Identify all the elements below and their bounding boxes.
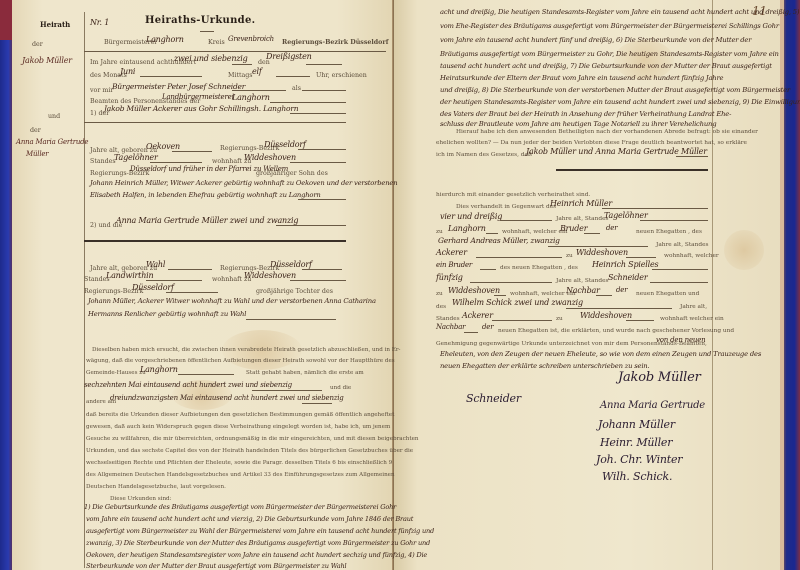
intro-year-value: zwei und siebenzig [174, 54, 248, 63]
witness2-stand: Ackerer [436, 248, 467, 257]
fill-line [146, 280, 202, 281]
margin-heading: Heirath [40, 20, 70, 29]
witness1-wohnhaft-label: wohnhaft, welcher ein [502, 230, 568, 236]
fill-line [464, 332, 478, 333]
witness2-name: Gerhard Andreas Müller, zwanzig [438, 236, 560, 245]
margin-bride-name: Anna Maria Gertrude [16, 138, 88, 146]
witness4-wohnhaft: wohnhaft welcher ein [660, 317, 724, 323]
fill-line [232, 90, 286, 91]
continuation-line: Heiratsurkunde der Eltern der Braut vom … [440, 74, 723, 82]
witness1-der: der [606, 224, 617, 232]
witness3-der: der [616, 286, 627, 294]
fill-line [232, 64, 252, 65]
witness4-stand-label: Standes [436, 317, 460, 323]
title-underline [200, 31, 214, 32]
fill-line [470, 282, 552, 283]
groom-bezirk-value: Düsseldorf [264, 140, 306, 149]
body-line: Statt gehabt haben, nämlich die erste am [246, 371, 364, 377]
intro-land-value: Landbürgermeisterei [162, 93, 234, 101]
body-line: Urkunden, und das sechste Capitel des vo… [86, 449, 413, 455]
intro-time-value: elf [252, 67, 262, 76]
fill-line [584, 233, 600, 234]
body-line: daß bereits die Urkunden dieser Aufbietu… [86, 413, 394, 419]
witness1-stand: Tagelöhner [604, 211, 648, 220]
fill-line [140, 76, 202, 77]
urkunden-label: Diese Urkunden sind: [110, 497, 172, 503]
witness-intro: hierdurch mit einander gesetzlich verhei… [436, 193, 590, 199]
bride-parents-line2: Hermanns Renlicher gebürtig wohnhaft zu … [88, 310, 246, 318]
witness1-relation: Bruder [560, 224, 587, 233]
fill-line [548, 246, 648, 247]
intro-place-value: Langhorn [232, 93, 270, 102]
continuation-line: vom Jahre ein tausend acht hundert fünf … [440, 36, 751, 44]
witness4-des-label: des [436, 305, 446, 311]
fill-line [290, 280, 346, 281]
fill-line [276, 76, 310, 77]
bride-reg-value: Düsseldorf [132, 283, 174, 292]
fill-line [166, 292, 218, 293]
bezirk-label: Regierungs-Bezirk Düsseldorf [282, 40, 388, 46]
first-banns-date: sechzehnten Mai eintausend acht hundert … [84, 381, 292, 389]
continuation-line: vom Ehe-Register des Bräutigams ausgefer… [440, 22, 779, 30]
paper-stain [724, 230, 764, 270]
bride-stand-value: Landwirthin [106, 271, 153, 280]
body-line: Gesuche zu willfahren, die mir überreich… [86, 437, 419, 443]
bride-wohnhaft-value: Widdeshoven [244, 271, 296, 280]
fill-line [652, 269, 708, 270]
fill-line [596, 295, 612, 296]
witness4-stand: Ackerer [462, 311, 493, 320]
fill-line [626, 257, 656, 258]
signature-witness4: Wilh. Schick. [602, 470, 672, 483]
fill-line [566, 308, 672, 309]
fill-line [302, 403, 332, 404]
signature-groom: Jakob Müller [618, 370, 701, 385]
groom-parents-line2: Elisabeth Halfen, in lebenden Ehefrau ge… [90, 191, 321, 199]
fill-line [306, 64, 342, 65]
fill-line [172, 151, 212, 152]
witness3-suffix: neuen Ehegatten und [636, 292, 699, 298]
witness3-age: fünfzig [436, 273, 463, 282]
signature-official: Schneider [466, 392, 521, 405]
kreis-label: Kreis [208, 40, 225, 46]
witness-closing-hand: neuen Ehegatten der erklärte schreiben u… [440, 362, 649, 370]
official-name: Bürgermeister Peter Josef Schneider [112, 82, 245, 91]
continuation-line: des Vaters der Braut bei der Heirath in … [440, 110, 731, 118]
witness4-zu-label: zu [556, 317, 563, 323]
documents-line: Oekoven, der heutigen Standesamtsregiste… [86, 551, 427, 559]
fill-line [492, 320, 552, 321]
witness2-stand-label: Jahre alt, Standes [656, 243, 709, 249]
question-line: ich im Namen des Gesetzes, daß [436, 153, 532, 159]
intro-groom-value: Jakob Müller Ackerer aus Gohr Schillings… [104, 104, 298, 113]
witness2-wohnhaft: wohnhaft, welcher [664, 254, 719, 260]
fill-line [270, 102, 346, 103]
documents-line: ausgefertigt vom Bürgermeister zu Wahl d… [86, 527, 434, 535]
signature-witness1: Johann Müller [598, 418, 675, 431]
witness3-place: Widdeshoven [448, 286, 500, 295]
groom-parents-line1: Johann Heinrich Müller, Witwer Ackerer g… [90, 179, 397, 187]
fill-line [168, 269, 212, 270]
fill-line [494, 295, 506, 296]
witness2-zu-label: zu [566, 254, 573, 260]
witness1-zu-label: zu [436, 230, 443, 236]
witness1-age: vier und dreißig [440, 212, 502, 221]
fill-line [298, 149, 346, 150]
fill-line [676, 156, 708, 157]
fill-line [178, 374, 234, 375]
groom-wohnhaft-value: Widdeshoven [244, 153, 296, 162]
certificate-title: Heiraths-Urkunde. [145, 15, 255, 26]
fill-line [150, 162, 202, 163]
bride-bezirk-value: Düsseldorf [270, 260, 312, 269]
body-line: wägung, daß die vorgeschriebenen öffentl… [86, 359, 395, 365]
witness3-stand: Schneider [608, 273, 647, 282]
fill-line [500, 220, 552, 221]
witness1-suffix: neuen Ehegatten , des [636, 230, 702, 236]
intro-als-label: als [292, 86, 301, 92]
continuation-line: und dreißig, 8) Die Sterbeurkunde von de… [440, 86, 790, 94]
second-banns-date: dreiundzwanzigsten Mai eintausend acht h… [110, 394, 344, 402]
registry-value: Langhorn [146, 35, 184, 44]
witness-closing-hand: Eheleuten, von den Zeugen der neuen Ehel… [440, 350, 761, 358]
groom-birthplace: Oekoven [146, 142, 180, 151]
fill-line [650, 282, 708, 283]
margin-der2-label: der [30, 128, 41, 134]
fill-line [602, 208, 708, 209]
witness4-name: Wilhelm Schick zwei und zwanzig [452, 298, 583, 307]
fill-line [276, 225, 346, 226]
bride-tochter-label: großjährige Tochter des [256, 289, 333, 295]
witness4-relation: Nachbar [436, 323, 465, 331]
fill-line [298, 199, 346, 200]
witness-closing: neuen Ehegatten ist, die erklärten, und … [498, 329, 734, 335]
question-line: Hierauf habe ich den anwesenden Betheili… [456, 130, 758, 136]
fill-line [626, 320, 654, 321]
body-line: und die [330, 386, 351, 392]
married-couple-names: Jakob Müller und Anna Maria Gertrude Mül… [526, 147, 707, 156]
continuation-line: Bräutigams ausgefertigt vom Bürgermeiste… [440, 50, 779, 58]
bride-birthplace: Wahl [146, 260, 165, 269]
body-line: Deutschen Handelsgesetzbuche, laut vorge… [86, 485, 226, 491]
intro-vor-mir-label: vor mir [90, 88, 113, 94]
groom-stand-value: Tagelöhner [114, 153, 158, 162]
fill-line [302, 269, 342, 270]
documents-line: Sterbeurkunde von der Mutter der Braut a… [86, 562, 346, 570]
margin-groom-name: Jakob Müller [22, 56, 72, 65]
fill-line [640, 220, 708, 221]
fill-line [246, 319, 336, 320]
continuation-line: schluss der Brautleute vom Jahre am heut… [440, 120, 716, 128]
witness1-place: Langhorn [448, 224, 486, 233]
witness2-relation: ein Bruder [436, 261, 472, 269]
witness4-der: der [482, 323, 493, 331]
kreis-value: Grevenbroich [228, 35, 274, 43]
margin-und-label: und [48, 114, 60, 120]
witness4-place: Widdeshoven [580, 311, 632, 320]
gemeinde-value: Langhorn [140, 365, 178, 374]
continuation-line: tausend acht hundert acht und dreißig, 7… [440, 62, 772, 70]
documents-line: zwanzig, 3) Die Sterbeurkunde von der Mu… [86, 539, 430, 547]
witness3-relation: Nachbar [566, 286, 600, 295]
fill-line [290, 162, 346, 163]
bride-parents-line1: Johann Müller, Ackerer Witwer wohnhaft z… [88, 297, 376, 305]
witness3-stand-label: Jahre alt, Standes [556, 279, 609, 285]
body-line: wechselseitigen Rechte und Pflichten der… [86, 461, 392, 467]
witness2-place: Widdeshoven [576, 248, 628, 257]
documents-line: vom Jahre ein tausend acht hundert acht … [86, 515, 413, 523]
signature-bride: Anna Maria Gertrude [600, 400, 705, 411]
continuation-line: acht und dreißig, Die heutigen Standesam… [440, 8, 800, 16]
groom-stand-label: Standes [90, 159, 116, 165]
fill-line [486, 233, 498, 234]
fill-line [476, 257, 562, 258]
witness1-stand-label: Jahre alt, Standes [556, 217, 609, 223]
witness3-name: Heinrich Spielles [592, 260, 658, 269]
witness-line1-label: Dies verhandelt in Gegenwart des [456, 205, 556, 211]
section-divider [84, 240, 346, 242]
margin-der-label: der [32, 42, 43, 48]
question-line: ehelichen wollten? — Da nun jeder der be… [436, 141, 747, 147]
witness-closing-hand: von den neuen [656, 336, 705, 344]
continuation-line: der heutigen Standesamts-Register vom Ja… [440, 98, 800, 106]
intro-mittags-label: Mittags [228, 73, 253, 79]
witness3-zu-label: zu [436, 292, 443, 298]
signature-witness3: Joh. Chr. Winter [596, 453, 682, 466]
witness2-suffix: des neuen Ehegatten , des [500, 266, 578, 272]
body-line: Gemeinde-Hauses zu [86, 371, 146, 377]
body-line: gewesen, daß auch kein Widerspruch gegen… [86, 425, 390, 431]
groom-sohn-label: großjähriger Sohn des [256, 171, 328, 177]
intro-uhr-label: Uhr, erschienen [316, 73, 367, 79]
bride-intro-value: Anna Maria Gertrude Müller zwei und zwan… [116, 216, 298, 225]
signature-witness2: Heinr. Müller [600, 436, 672, 449]
header-divider [84, 51, 386, 52]
fill-line [302, 90, 346, 91]
body-line: Dieselben haben mich ersucht, die zwisch… [92, 348, 400, 354]
witness4-age-label: Jahre alt, [680, 305, 707, 311]
section-divider [84, 122, 346, 123]
intro-month-value: Juni [120, 67, 135, 76]
witness1-name: Heinrich Müller [550, 199, 612, 208]
body-line: des Allgemeinen Deutschen Handelsgesetzb… [86, 473, 395, 479]
section-divider [556, 169, 708, 171]
fill-line [480, 269, 496, 270]
fill-line [252, 390, 322, 391]
documents-line: 1) Die Geburtsurkunde des Bräutigams aus… [84, 503, 396, 511]
intro-day-value: Dreißigsten [266, 52, 312, 61]
fill-line [290, 113, 346, 114]
certificate-number: Nr. 1 [90, 18, 109, 27]
margin-bride-surname: Müller [26, 150, 48, 158]
